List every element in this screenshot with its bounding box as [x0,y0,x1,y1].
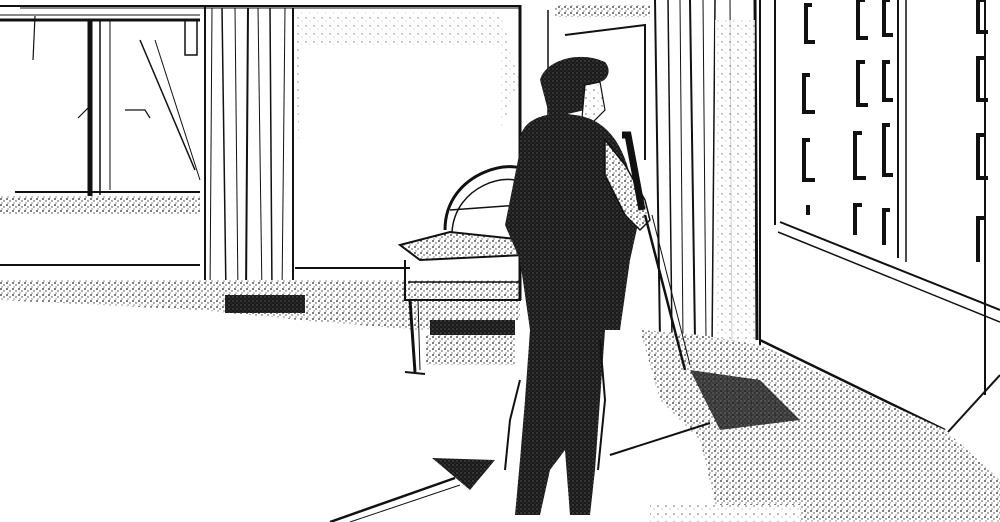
standing-figure [505,57,650,515]
figure-coat [505,114,640,330]
window-grid [804,0,988,262]
figure-legs [515,330,605,515]
sketch-illustration [0,0,1000,522]
floor-shadow-right [640,330,1000,522]
left-sill-shade [0,196,200,214]
curtain-floor-shadow [225,295,305,313]
sketch-canvas [0,0,1000,522]
ceiling [0,6,520,8]
left-window [0,15,200,200]
floor-bottom-grain [650,505,800,522]
left-curtain [205,5,293,295]
right-curtain [655,0,757,360]
back-wall [300,45,500,255]
floor-triangle-shadow [432,458,495,490]
